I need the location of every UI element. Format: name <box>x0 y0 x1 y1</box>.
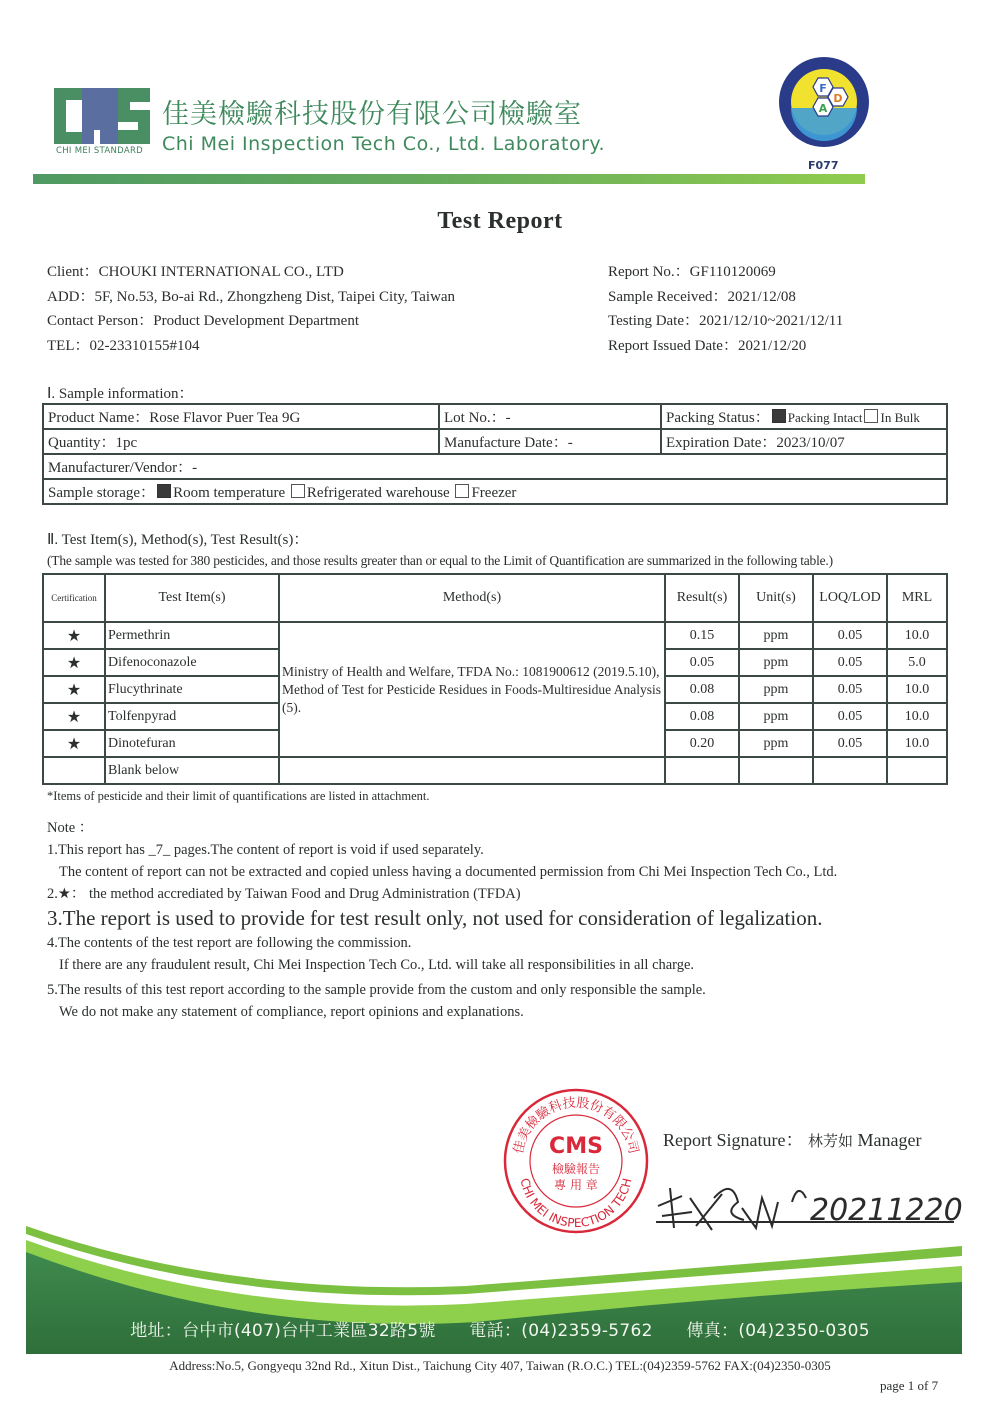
certification-star-icon: ★ <box>43 676 105 703</box>
empty-cell <box>813 757 887 784</box>
page-number: page 1 of 7 <box>880 1378 938 1394</box>
result-value: 0.15 <box>665 622 739 649</box>
col-loq-lod: LOQ/LOD <box>813 574 887 622</box>
test-item: Difenoconazole <box>105 649 279 676</box>
note-4: 4.The contents of the test report are fo… <box>47 932 837 954</box>
unit: ppm <box>739 676 813 703</box>
col-mrl: MRL <box>887 574 947 622</box>
fda-accreditation-badge-icon: F D A <box>778 56 870 148</box>
certification-star-icon: ★ <box>43 703 105 730</box>
badge-code: F077 <box>808 159 838 172</box>
empty-cell <box>279 757 665 784</box>
results-footnote: *Items of pesticide and their limit of q… <box>47 789 430 804</box>
sample-info-heading: Ⅰ. Sample information： <box>47 382 194 403</box>
client-info: Client：CHOUKI INTERNATIONAL CO., LTD ADD… <box>47 260 455 358</box>
note-5-detail: We do not make any statement of complian… <box>47 1001 837 1023</box>
notes-section: Note ： 1.This report has _7_ pages.The c… <box>47 817 837 1023</box>
loq-lod: 0.05 <box>813 676 887 703</box>
col-result: Result(s) <box>665 574 739 622</box>
test-results-heading: Ⅱ. Test Item(s), Method(s), Test Result(… <box>47 528 308 549</box>
empty-cell <box>665 757 739 784</box>
svg-text:F: F <box>819 82 827 95</box>
quantity: Quantity：1pc <box>43 429 439 454</box>
unit: ppm <box>739 703 813 730</box>
page-title: Test Report <box>0 208 1000 235</box>
loq-lod: 0.05 <box>813 649 887 676</box>
footer-address-cn: 地址：台中市(407)台中工業區32路5號 <box>130 1321 435 1341</box>
testing-date: Testing Date：2021/12/10~2021/12/11 <box>608 309 843 334</box>
test-item: Flucythrinate <box>105 676 279 703</box>
mrl: 10.0 <box>887 730 947 757</box>
signatory-name: 林芳如 <box>808 1134 853 1150</box>
notes-heading: Note ： <box>47 817 837 839</box>
result-value: 0.08 <box>665 676 739 703</box>
blank-below-label: Blank below <box>105 757 279 784</box>
result-value: 0.05 <box>665 649 739 676</box>
test-item: Tolfenpyrad <box>105 703 279 730</box>
lot-number: Lot No.：- <box>439 404 661 429</box>
mrl: 10.0 <box>887 622 947 649</box>
report-issued-date: Report Issued Date：2021/12/20 <box>608 334 843 359</box>
test-results-table: Certification Test Item(s) Method(s) Res… <box>42 573 948 785</box>
mrl: 5.0 <box>887 649 947 676</box>
refrigerated-warehouse-checkbox[interactable] <box>291 484 305 498</box>
note-1-detail: The content of report can not be extract… <box>47 861 837 883</box>
note-4-detail: If there are any fraudulent result, Chi … <box>47 954 837 976</box>
note-3: 3.The report is used to provide for test… <box>47 905 837 932</box>
empty-cell <box>887 757 947 784</box>
loq-lod: 0.05 <box>813 730 887 757</box>
cms-logo-icon <box>54 88 150 144</box>
note-1: 1.This report has _7_ pages.The content … <box>47 839 837 861</box>
client-address: ADD：5F, No.53, Bo-ai Rd., Zhongzheng Dis… <box>47 285 455 310</box>
room-temperature-checkbox[interactable] <box>157 484 171 498</box>
loq-lod: 0.05 <box>813 622 887 649</box>
company-seal-stamp-icon: 佳美檢驗科技股份有限公司 CHI MEI INSPECTION TECH CMS… <box>502 1087 650 1235</box>
mrl: 10.0 <box>887 703 947 730</box>
certification-star-icon: ★ <box>43 649 105 676</box>
unit: ppm <box>739 730 813 757</box>
manufacturer-vendor: Manufacturer/Vendor：- <box>43 454 947 479</box>
company-name-en: Chi Mei Inspection Tech Co., Ltd. Labora… <box>162 133 605 155</box>
loq-lod: 0.05 <box>813 703 887 730</box>
client-contact: Contact Person：Product Development Depar… <box>47 309 455 334</box>
company-name-cn: 佳美檢驗科技股份有限公司檢驗室 <box>162 92 582 131</box>
report-number: Report No.：GF110120069 <box>608 260 843 285</box>
result-value: 0.20 <box>665 730 739 757</box>
footer-tel-cn: 電話：(04)2359-5762 <box>469 1321 652 1341</box>
col-certification: Certification <box>43 574 105 622</box>
sample-info-table: Product Name：Rose Flavor Puer Tea 9G Lot… <box>42 403 948 505</box>
certification-star-icon: ★ <box>43 622 105 649</box>
in-bulk-checkbox[interactable] <box>864 409 878 423</box>
footer-fax-cn: 傳真：(04)2350-0305 <box>686 1321 869 1341</box>
col-method: Method(s) <box>279 574 665 622</box>
manufacture-date: Manufacture Date：- <box>439 429 661 454</box>
header-divider-bar <box>33 174 865 184</box>
report-signature: Report Signature： 林芳如 Manager <box>663 1126 921 1152</box>
table-row-blank: Blank below <box>43 757 947 784</box>
expiration-date: Expiration Date：2023/10/07 <box>661 429 947 454</box>
sample-storage: Sample storage：Room temperature Refriger… <box>43 479 947 504</box>
note-2: 2.★： the method accrediated by Taiwan Fo… <box>47 883 837 905</box>
mrl: 10.0 <box>887 676 947 703</box>
footer-address-en: Address:No.5, Gongyequ 32nd Rd., Xitun D… <box>0 1358 1000 1374</box>
product-name: Product Name：Rose Flavor Puer Tea 9G <box>43 404 439 429</box>
client-name: Client：CHOUKI INTERNATIONAL CO., LTD <box>47 260 455 285</box>
test-item: Dinotefuran <box>105 730 279 757</box>
empty-cell <box>739 757 813 784</box>
footer-contact-cn: 地址：台中市(407)台中工業區32路5號 電話：(04)2359-5762 傳… <box>0 1316 1000 1341</box>
col-test-item: Test Item(s) <box>105 574 279 622</box>
test-item: Permethrin <box>105 622 279 649</box>
result-value: 0.08 <box>665 703 739 730</box>
svg-text:專 用 章: 專 用 章 <box>554 1177 598 1192</box>
packing-intact-checkbox[interactable] <box>772 409 786 423</box>
empty-cell <box>43 757 105 784</box>
sample-received-date: Sample Received：2021/12/08 <box>608 285 843 310</box>
packing-status: Packing Status：Packing IntactIn Bulk <box>661 404 947 429</box>
svg-text:D: D <box>833 92 842 105</box>
freezer-checkbox[interactable] <box>455 484 469 498</box>
svg-text:A: A <box>819 102 828 115</box>
svg-text:CMS: CMS <box>549 1134 603 1159</box>
star-icon: ★ <box>58 886 71 902</box>
table-row: ★PermethrinMinistry of Health and Welfar… <box>43 622 947 649</box>
unit: ppm <box>739 649 813 676</box>
signatory-role: Manager <box>858 1130 922 1150</box>
client-tel: TEL：02-23310155#104 <box>47 334 455 359</box>
logo-subtitle: CHI MEI STANDARD <box>56 146 143 156</box>
test-method: Ministry of Health and Welfare, TFDA No.… <box>279 622 665 757</box>
svg-text:檢驗報告: 檢驗報告 <box>552 1161 600 1176</box>
unit: ppm <box>739 622 813 649</box>
note-5: 5.The results of this test report accord… <box>47 979 837 1001</box>
col-unit: Unit(s) <box>739 574 813 622</box>
test-results-subtitle: (The sample was tested for 380 pesticide… <box>47 553 833 569</box>
certification-star-icon: ★ <box>43 730 105 757</box>
report-info: Report No.：GF110120069 Sample Received：2… <box>608 260 843 358</box>
